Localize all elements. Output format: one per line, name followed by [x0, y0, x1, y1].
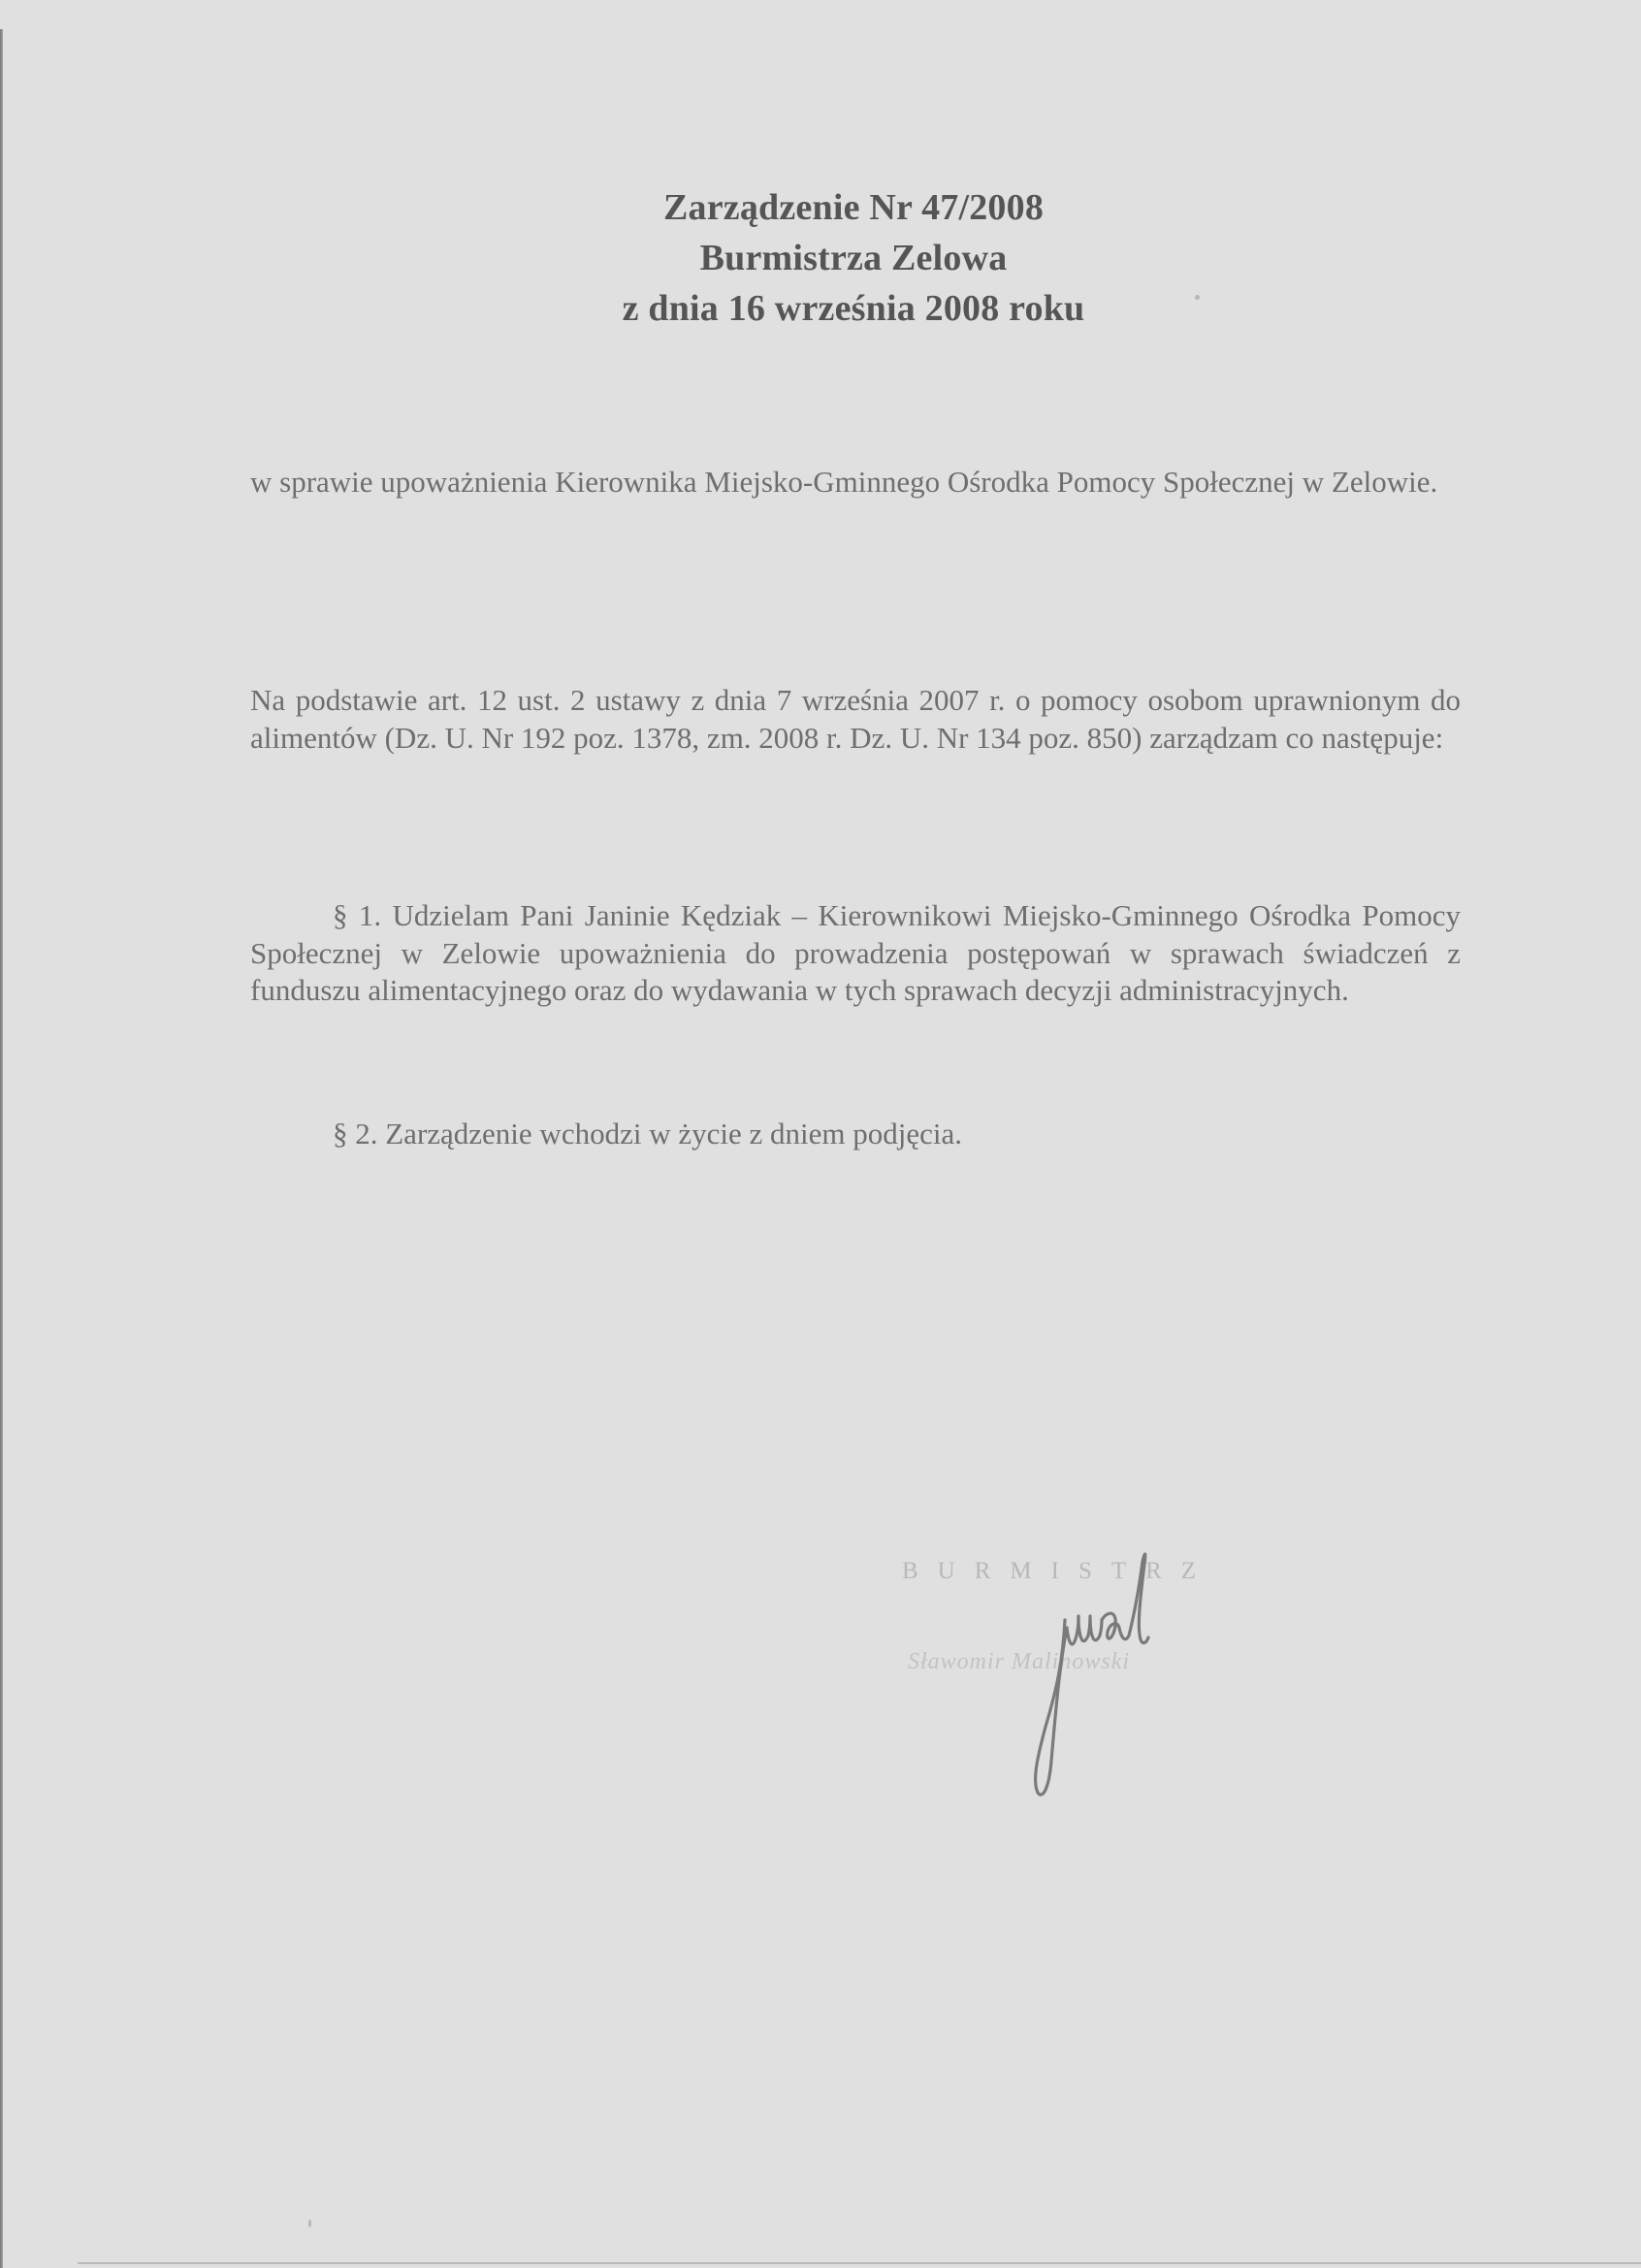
title-line-issuer: Burmistrza Zelowa: [66, 233, 1641, 283]
section-1-paragraph: § 1. Udzielam Pani Janinie Kędziak – Kie…: [250, 897, 1461, 1010]
handwritten-signature-icon: [999, 1542, 1193, 1804]
scan-left-edge: [0, 29, 3, 2268]
document-title: Zarządzenie Nr 47/2008 Burmistrza Zelowa…: [0, 182, 1641, 334]
legal-basis-text: Na podstawie art. 12 ust. 2 ustawy z dni…: [250, 682, 1461, 757]
scan-bottom-edge: [78, 2262, 1641, 2264]
title-line-ordinance-number: Zarządzenie Nr 47/2008: [66, 182, 1641, 233]
subject-text: w sprawie upoważnienia Kierownika Miejsk…: [250, 464, 1461, 502]
section-2-paragraph: § 2. Zarządzenie wchodzi w życie z dniem…: [250, 1116, 1461, 1153]
legal-basis-paragraph: Na podstawie art. 12 ust. 2 ustawy z dni…: [250, 682, 1461, 757]
subject-paragraph: w sprawie upoważnienia Kierownika Miejsk…: [250, 464, 1461, 502]
section-1-text: § 1. Udzielam Pani Janinie Kędziak – Kie…: [250, 897, 1461, 1010]
title-line-date: z dnia 16 września 2008 roku: [66, 283, 1641, 334]
mayor-stamp: BURMISTRZ Sławomir Malinowski: [902, 1542, 1251, 1795]
section-2-text: § 2. Zarządzenie wchodzi w życie z dniem…: [250, 1116, 1461, 1153]
scan-speck: [308, 2219, 311, 2227]
